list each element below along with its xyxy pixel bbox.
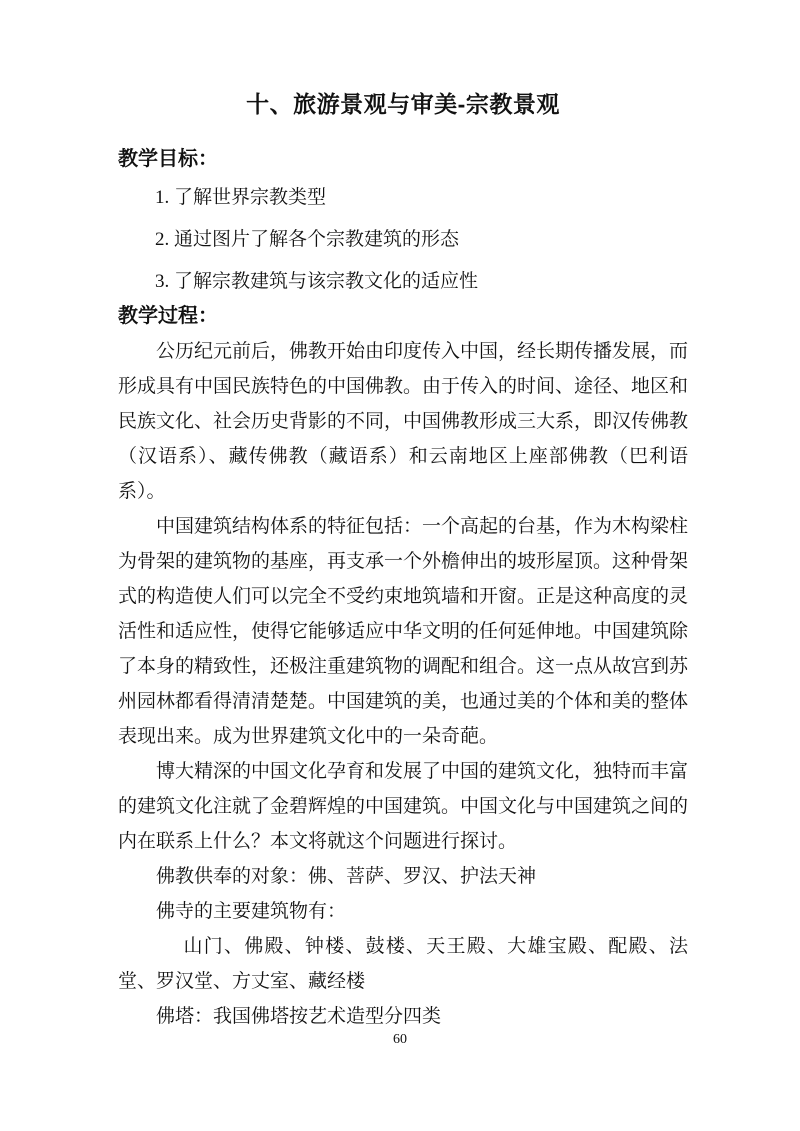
objectives-heading: 教学目标： — [118, 146, 688, 172]
line-worship-objects: 佛教供奉的对象：佛、菩萨、罗汉、护法天神 — [118, 859, 688, 894]
paragraph-buddhism-intro: 公历纪元前后，佛教开始由印度传入中国，经长期传播发展，而形成具有中国民族特色的中… — [118, 334, 688, 509]
line-temple-buildings-list: 山门、佛殿、钟楼、鼓楼、天王殿、大雄宝殿、配殿、法堂、罗汉堂、方丈室、藏经楼 — [118, 929, 688, 999]
objective-item-1: 1. 了解世界宗教类型 — [118, 177, 688, 219]
objective-item-3: 3. 了解宗教建筑与该宗教文化的适应性 — [118, 261, 688, 303]
objective-item-2: 2. 通过图片了解各个宗教建筑的形态 — [118, 219, 688, 261]
document-page: 十、旅游景观与审美-宗教景观 教学目标： 1. 了解世界宗教类型 2. 通过图片… — [0, 0, 800, 1131]
page-title: 十、旅游景观与审美-宗教景观 — [118, 88, 688, 120]
objectives-list: 1. 了解世界宗教类型 2. 通过图片了解各个宗教建筑的形态 3. 了解宗教建筑… — [118, 177, 688, 303]
document-content: 十、旅游景观与审美-宗教景观 教学目标： 1. 了解世界宗教类型 2. 通过图片… — [118, 88, 688, 1034]
line-pagoda-types: 佛塔：我国佛塔按艺术造型分四类 — [118, 999, 688, 1034]
paragraph-culture-architecture: 博大精深的中国文化孕育和发展了中国的建筑文化，独特而丰富的建筑文化注就了金碧辉煌… — [118, 754, 688, 859]
line-temple-buildings-intro: 佛寺的主要建筑物有： — [118, 894, 688, 929]
page-number: 60 — [0, 1030, 800, 1050]
paragraph-architecture-features: 中国建筑结构体系的特征包括：一个高起的台基，作为木构梁柱为骨架的建筑物的基座，再… — [118, 509, 688, 754]
process-heading: 教学过程： — [118, 303, 688, 329]
